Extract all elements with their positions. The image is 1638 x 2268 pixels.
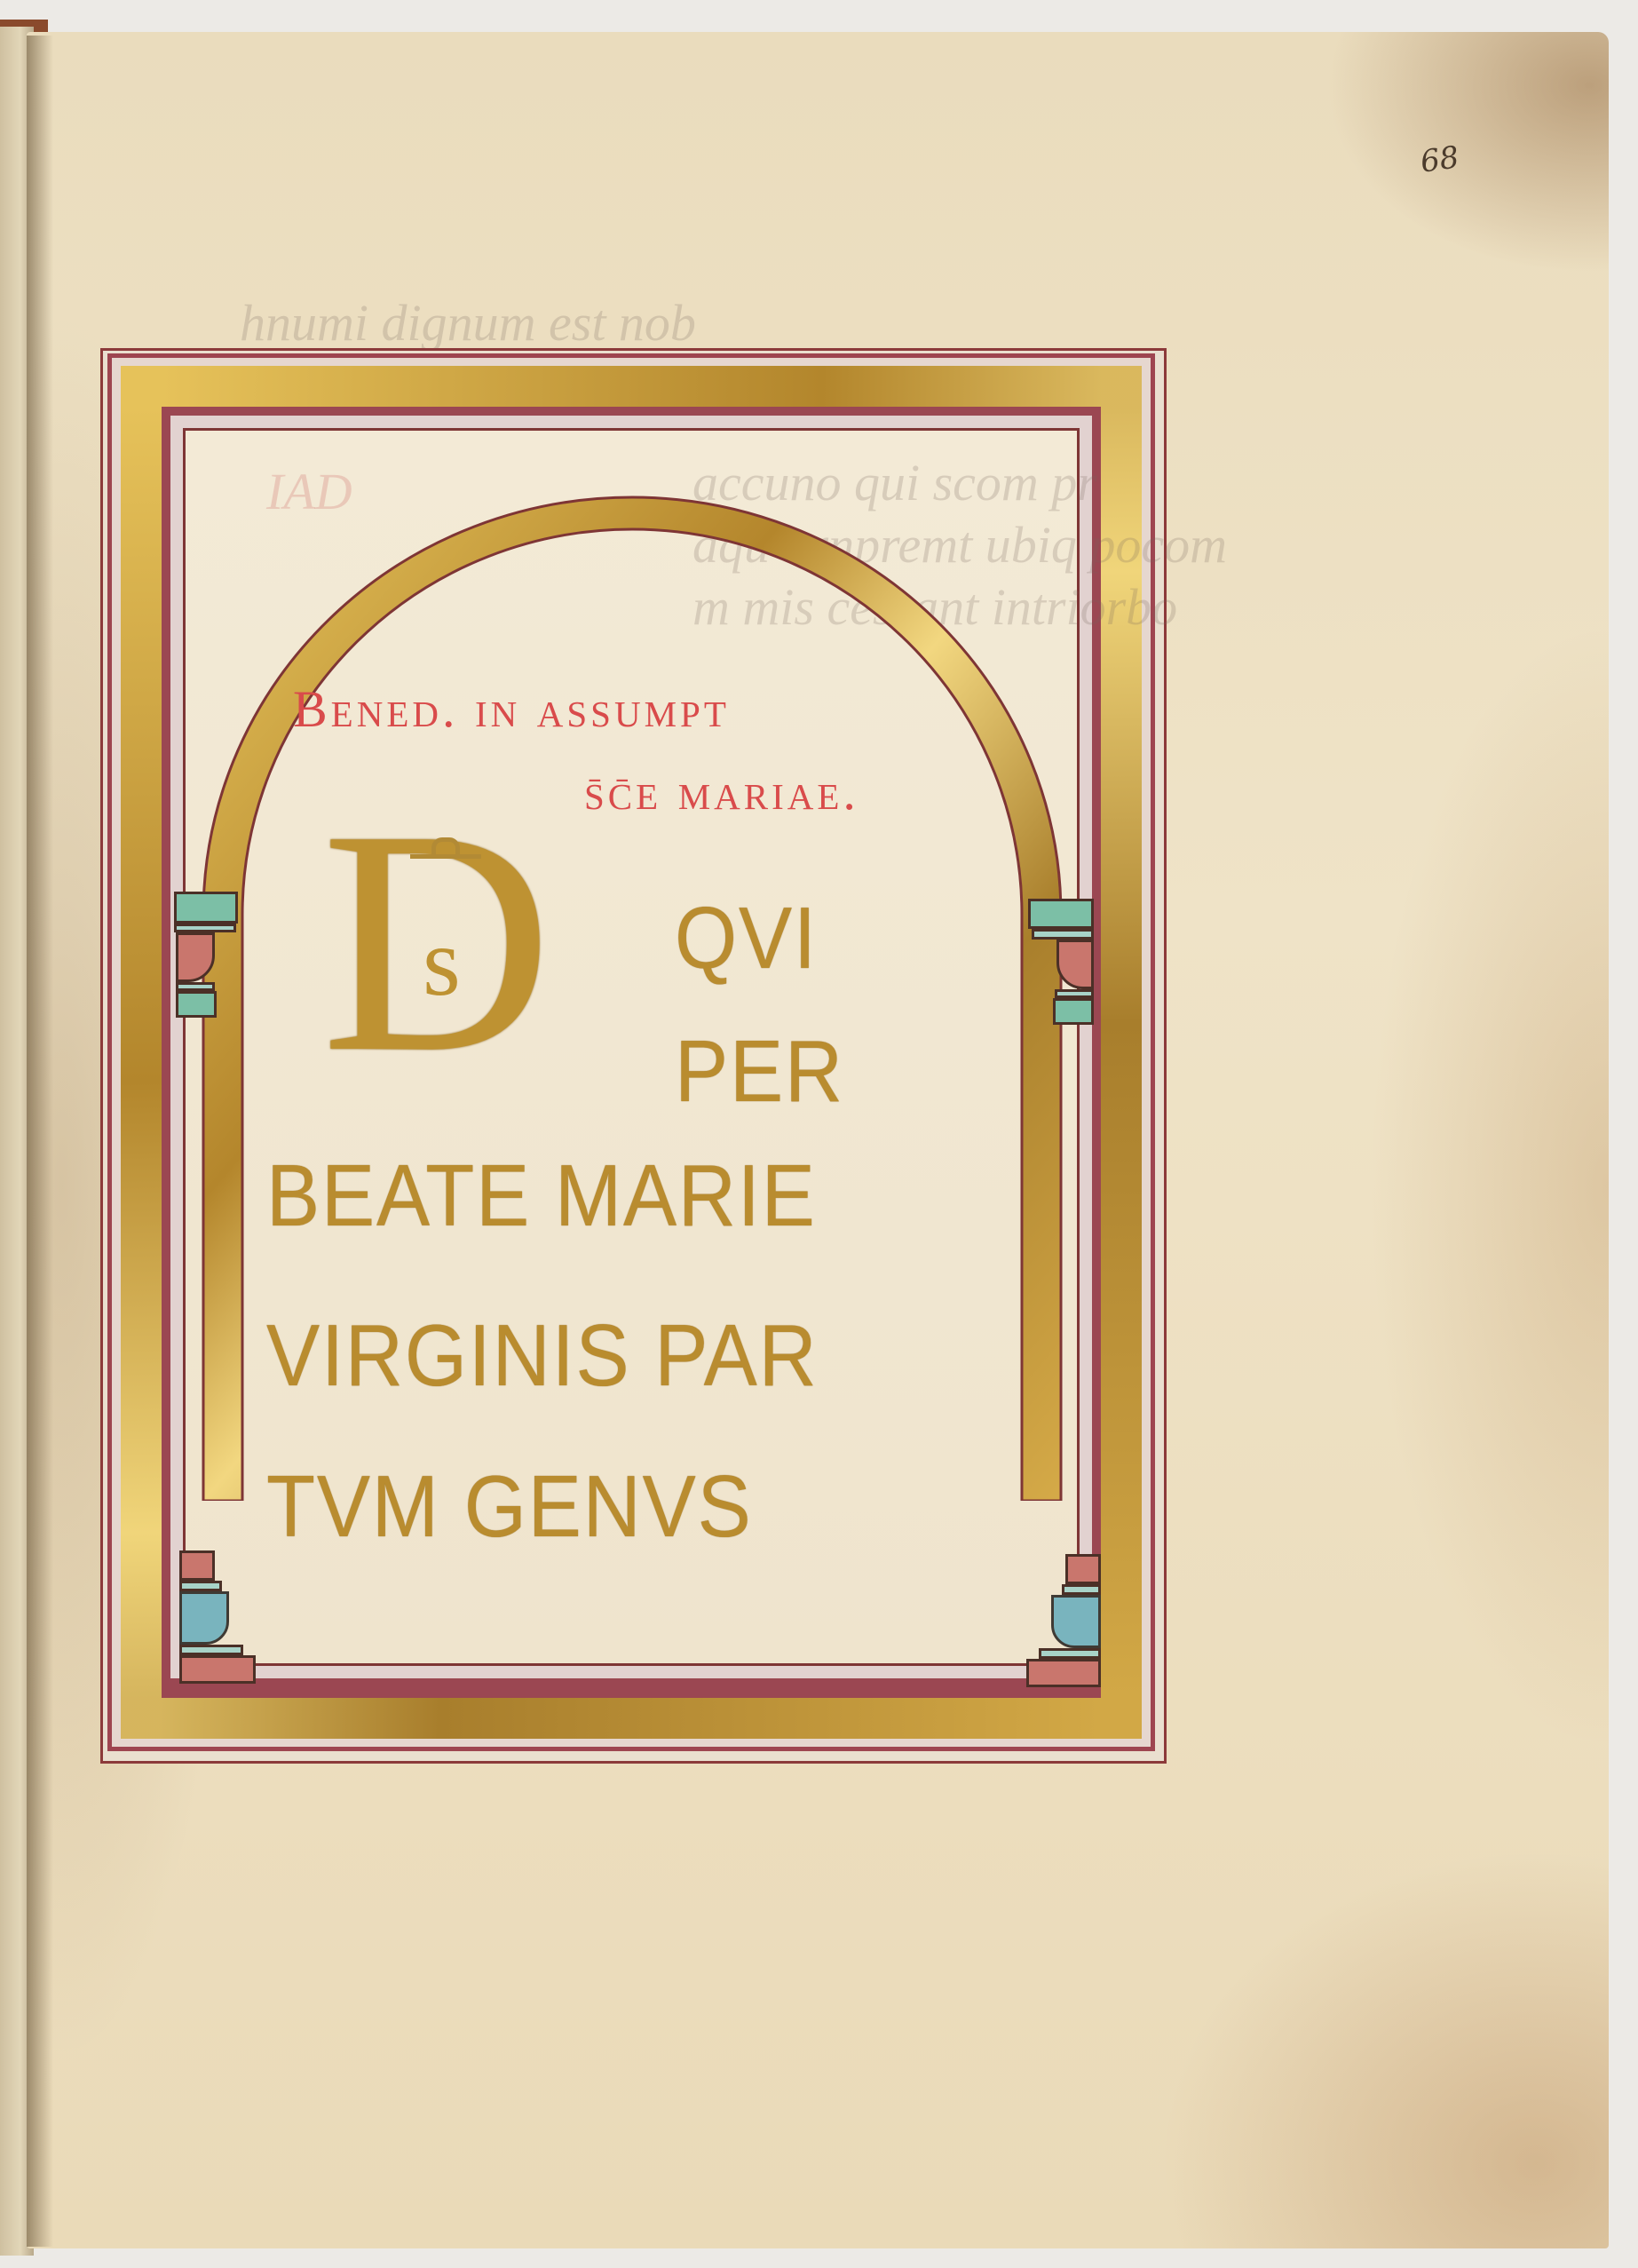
showthrough-line: hnumi dignum est nob xyxy=(240,293,696,353)
gold-text-line-2: PER xyxy=(675,1021,844,1122)
rubric-line-1: Bened. in assumpt xyxy=(293,679,730,739)
gold-text-line-1: QVI xyxy=(675,888,818,988)
initial-inner-letter: s xyxy=(423,906,461,1019)
gold-text-line-3: BEATE MARIE xyxy=(266,1146,817,1246)
abbreviation-mark-icon xyxy=(410,854,481,885)
gold-text-line-5: TVM GENVS xyxy=(266,1456,753,1557)
gutter-shadow xyxy=(27,36,53,2247)
gold-text-line-4: VIRGINIS PAR xyxy=(266,1305,819,1406)
folio-number: 68 xyxy=(1418,139,1460,180)
rubric-line-2: s̄c̄e mariae. xyxy=(584,762,859,821)
